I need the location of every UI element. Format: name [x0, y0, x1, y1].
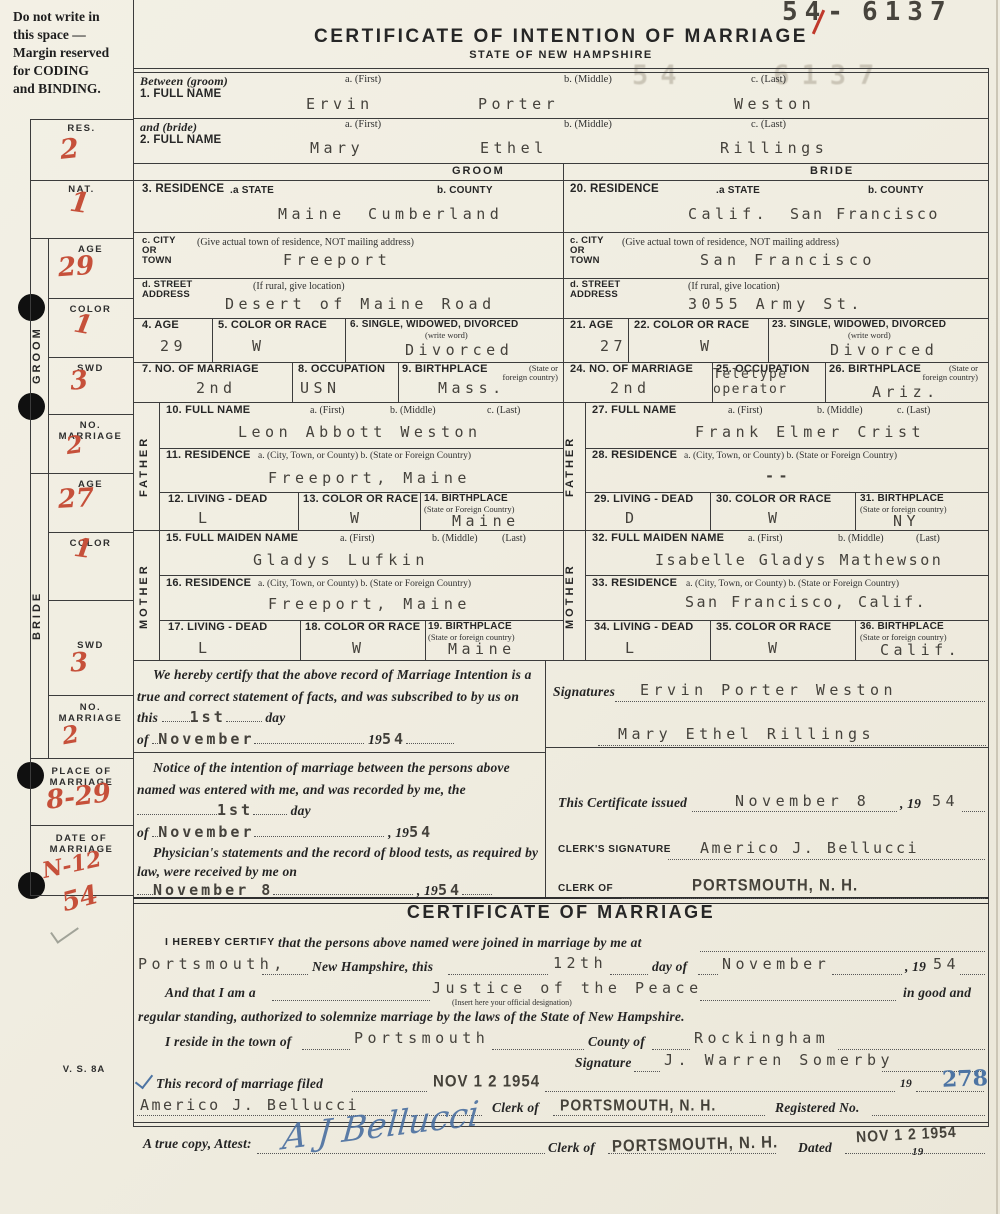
good-standing-label: in good and: [903, 985, 971, 1001]
rule: [398, 362, 399, 402]
groom-mother-residence-label: 16. RESIDENCE: [166, 578, 251, 590]
groom-occupation-value: USN: [300, 380, 341, 397]
rule: [855, 620, 856, 660]
rule: [133, 530, 988, 531]
blue-check-mark: [135, 1070, 153, 1090]
record-filed-label: This record of marriage filed: [156, 1076, 323, 1092]
bride-county-value: San Francisco: [790, 206, 940, 223]
dated-label: Dated: [798, 1140, 832, 1156]
rule: [30, 238, 133, 239]
marriage-line2-text: New Hampshire, this: [312, 959, 433, 975]
groom-swd-label: 6. SINGLE, WIDOWED, DIVORCED: [350, 320, 518, 331]
rule: [133, 752, 545, 753]
dotted-fill: [226, 708, 262, 722]
groom-father-birthplace-label: 14. BIRTHPLACE: [424, 494, 508, 505]
bride-city-value: San Francisco: [700, 252, 876, 269]
rule: [133, 180, 988, 181]
intention-day-value: 1st: [190, 708, 226, 726]
parent-residence-hint: a. (City, Town, or County) b. (State or …: [258, 579, 471, 590]
clerk-signature-label: CLERK'S SIGNATURE: [558, 845, 671, 856]
dotted-fill: [137, 801, 217, 815]
coding-res-value: 2: [58, 133, 80, 166]
bride-mother-birthplace-value: Calif.: [880, 642, 961, 659]
dotted-line: [872, 1115, 985, 1116]
state-label: .a STATE: [716, 186, 760, 197]
rule: [825, 362, 826, 402]
groom-residence-label: 3. RESIDENCE: [142, 184, 224, 196]
rule: [48, 600, 133, 601]
rural-hint: (If rural, give location): [253, 282, 345, 293]
parent-residence-hint: a. (City, Town, or County) b. (State or …: [684, 451, 897, 462]
coding-groom-age-value: 29: [57, 251, 95, 283]
rule: [768, 318, 769, 362]
bride-father-residence-value: --: [765, 468, 792, 485]
middle-hint: b. (Middle): [838, 534, 884, 545]
groom-mother-residence-value: Freeport, Maine: [268, 596, 471, 613]
gray-check-mark: [50, 918, 79, 944]
rule: [133, 0, 134, 1126]
marriage-month-value: November: [722, 956, 830, 973]
groom-occupation-label: 8. OCCUPATION: [298, 364, 385, 376]
filed-year-prefix: 19: [900, 1078, 912, 1090]
bride-father-living-value: D: [625, 510, 639, 527]
marriage-year-prefix: , 19: [905, 959, 926, 975]
registered-number-value: 278: [942, 1065, 989, 1093]
groom-mother-name-label: 15. FULL MAIDEN NAME: [166, 533, 298, 545]
last-hint: c. (Last): [487, 406, 520, 417]
file-number-right: 6137: [862, 4, 953, 21]
parent-residence-hint: a. (City, Town, or County) b. (State or …: [686, 579, 899, 590]
dotted-line: [832, 974, 902, 975]
bride-mother-residence-value: San Francisco, Calif.: [685, 594, 927, 611]
marriage-day-value: 12th: [553, 955, 607, 972]
recorded-year-value: 54: [409, 823, 433, 841]
rule: [300, 620, 301, 660]
officiant-signature-value: J. Warren Somerby: [664, 1052, 894, 1069]
bride-marriage-no-label: 24. NO. OF MARRIAGE: [570, 364, 693, 376]
dotted-line: [272, 1000, 430, 1001]
full-name-2-label: 2. FULL NAME: [140, 135, 221, 147]
bride-mother-name-value: Isabelle Gladys Mathewson: [655, 552, 943, 569]
received-year-value: 54: [438, 881, 462, 899]
dotted-line: [700, 1000, 896, 1001]
rule: [133, 118, 988, 119]
coding-groom-side-label: GROOM: [31, 292, 47, 418]
groom-city-value: Freeport: [283, 252, 391, 269]
dotted-fill: [137, 881, 153, 895]
bride-father-side-label: FATHER: [564, 420, 580, 512]
dotted-fill: [462, 881, 492, 895]
intention-paragraph-1: We hereby certify that the above record …: [137, 664, 541, 750]
groom-father-color-value: W: [350, 510, 364, 527]
dotted-line: [448, 974, 548, 975]
and-bride-label: and (bride): [140, 120, 197, 135]
groom-color-value: W: [252, 338, 266, 355]
first-hint: a. (First): [310, 406, 344, 417]
rule: [133, 660, 988, 661]
rule: [48, 695, 133, 696]
rule: [420, 492, 421, 530]
first-hint: a. (First): [748, 534, 782, 545]
county-of-label: County of: [588, 1034, 645, 1050]
coding-groom-marriage-label: NO. MARRIAGE: [48, 420, 133, 442]
bride-street-value: 3055 Army St.: [688, 296, 864, 313]
bride-birthplace-value: Ariz.: [872, 384, 940, 401]
county-label: b. COUNTY: [868, 186, 924, 197]
dotted-line: [652, 1049, 690, 1050]
bride-mother-residence-label: 33. RESIDENCE: [592, 578, 677, 590]
bride-father-living-label: 29. LIVING - DEAD: [594, 494, 693, 506]
state-label: .a STATE: [230, 186, 274, 197]
groom-age-value: 29: [160, 338, 187, 355]
groom-state-value: Maine: [278, 206, 346, 223]
groom-father-side-label: FATHER: [138, 420, 154, 512]
issued-date-value: November 8: [735, 793, 870, 810]
bride-father-color-value: W: [768, 510, 782, 527]
coding-nat-value: 1: [68, 185, 92, 220]
dotted-fill: [253, 801, 287, 815]
margin-note: Do not write in this space — Margin rese…: [13, 8, 133, 98]
filing-town-stamp: PORTSMOUTH, N. H.: [560, 1096, 716, 1114]
groom-mother-name-value: Gladys Lufkin: [253, 552, 429, 569]
bride-father-name-label: 27. FULL NAME: [592, 405, 676, 417]
street-label: d. STREET ADDRESS: [570, 280, 620, 300]
bride-column-header: BRIDE: [810, 166, 854, 178]
dotted-fill: [254, 730, 364, 744]
groom-father-residence-label: 11. RESIDENCE: [166, 450, 251, 462]
intention-year-value: 54: [382, 730, 406, 748]
clerk-of-label: CLERK OF: [558, 884, 613, 895]
dotted-line: [608, 1153, 776, 1154]
dotted-line: [692, 811, 897, 812]
dotted-fill: [273, 881, 413, 895]
rule: [133, 278, 988, 279]
rule: [710, 620, 711, 660]
bride-birthplace-label: 26. BIRTHPLACE: [829, 364, 921, 376]
rule: [585, 402, 586, 660]
bride-swd-label: 23. SINGLE, WIDOWED, DIVORCED: [772, 320, 946, 331]
dotted-line: [352, 1091, 427, 1092]
signature-label: Signature: [575, 1055, 632, 1071]
year-prefix: 19: [368, 732, 382, 747]
dotted-line: [598, 745, 986, 746]
dotted-line: [610, 974, 648, 975]
bride-swd-value: Divorced: [830, 342, 938, 359]
certificate-issued-label: This Certificate issued: [558, 795, 687, 811]
middle-hint: b. (Middle): [564, 120, 612, 131]
rule: [159, 402, 160, 660]
dotted-line: [622, 898, 985, 899]
dotted-fill: [254, 823, 384, 837]
dated-year-prefix: 19: [912, 1146, 923, 1158]
coding-bride-color-value: 1: [72, 533, 94, 565]
coding-bride-swd-label: SWD: [48, 640, 133, 651]
day-of-label: day of: [652, 959, 687, 975]
dotted-fill: [162, 708, 190, 722]
bride-middle-name: Ethel: [480, 140, 548, 157]
groom-color-label: 5. COLOR OR RACE: [218, 320, 327, 332]
rule: [30, 473, 133, 474]
bride-marriage-no-value: 2nd: [610, 380, 651, 397]
dotted-line: [960, 974, 985, 975]
city-label: c. CITY OR TOWN: [570, 236, 604, 266]
bride-occupation-value: Teletype operator: [713, 368, 788, 397]
county-label: b. COUNTY: [437, 186, 493, 197]
first-hint: a. (First): [345, 75, 381, 86]
rule: [292, 362, 293, 402]
groom-father-living-value: L: [198, 510, 212, 527]
year-prefix: , 19: [388, 825, 409, 840]
rule: [545, 660, 546, 897]
reside-town-value: Portsmouth: [354, 1030, 489, 1047]
rule: [48, 238, 49, 758]
bride-age-value: 27: [600, 338, 627, 355]
groom-birthplace-value: Mass.: [438, 380, 506, 397]
middle-hint: b. (Middle): [390, 406, 436, 417]
rule: [133, 232, 988, 233]
groom-swd-value: Divorced: [405, 342, 513, 359]
bride-last-name: Rillings: [720, 140, 828, 157]
coding-bride-swd-value: 3: [69, 647, 89, 678]
coding-groom-marriage-value: 2: [64, 429, 85, 460]
designation-value: Justice of the Peace: [432, 980, 703, 997]
dotted-line: [698, 974, 718, 975]
groom-mother-side-label: MOTHER: [138, 550, 154, 642]
blood-test-paragraph: Physician's statements and the record of…: [137, 843, 545, 900]
dotted-line: [845, 1153, 985, 1154]
marriage-line4: regular standing, authorized to solemniz…: [138, 1009, 685, 1025]
bride-mother-birthplace-label: 36. BIRTHPLACE: [860, 622, 944, 633]
dotted-line: [838, 1049, 985, 1050]
last-hint: (Last): [502, 534, 526, 545]
file-number-left: 54-: [782, 4, 850, 21]
groom-first-name: Ervin: [306, 96, 374, 113]
rule: [988, 68, 989, 1126]
issued-year-prefix: , 19: [900, 796, 921, 812]
rule: [345, 318, 346, 362]
coding-groom-swd-label: SWD: [48, 363, 133, 374]
rule: [30, 119, 133, 120]
last-hint: c. (Last): [751, 120, 786, 131]
dated-stamp: NOV 1 2 1954: [856, 1122, 958, 1145]
dotted-line: [634, 1071, 660, 1072]
groom-birthplace-label: 9. BIRTHPLACE: [402, 364, 488, 376]
groom-mother-color-label: 18. COLOR OR RACE: [305, 622, 420, 634]
groom-marriage-no-label: 7. NO. OF MARRIAGE: [142, 364, 259, 376]
groom-column-header: GROOM: [452, 166, 505, 178]
groom-mother-birthplace-value: Maine: [448, 641, 516, 658]
between-groom-label: Between (groom): [140, 74, 228, 89]
groom-marriage-no-value: 2nd: [196, 380, 237, 397]
bride-age-label: 21. AGE: [570, 320, 613, 332]
form-code: V. S. 8A: [44, 1064, 124, 1075]
rule: [298, 492, 299, 530]
registered-no-label: Registered No.: [775, 1100, 860, 1116]
rule: [212, 318, 213, 362]
bride-father-residence-label: 28. RESIDENCE: [592, 450, 677, 462]
intention-month-value: November: [158, 730, 254, 748]
of-word: of: [137, 825, 149, 840]
first-hint: a. (First): [728, 406, 762, 417]
marriage-place-value: Portsmouth,: [138, 956, 287, 973]
marriage-year-value: 54: [933, 956, 960, 973]
received-date-value: November 8: [153, 881, 273, 899]
bride-color-value: W: [700, 338, 714, 355]
designation-hint: (Insert here your official designation): [452, 998, 572, 1007]
true-copy-label: A true copy, Attest:: [143, 1136, 252, 1152]
notice-paragraph: Notice of the intention of marriage betw…: [137, 757, 541, 843]
clerk-of-word: Clerk of: [548, 1140, 595, 1156]
bride-state-value: Calif.: [688, 206, 769, 223]
rule: [133, 163, 988, 164]
rule: [48, 414, 133, 415]
rule: [710, 492, 711, 530]
rule: [48, 532, 133, 533]
middle-hint: b. (Middle): [564, 75, 612, 86]
groom-county-value: Cumberland: [368, 206, 503, 223]
dotted-fill: [406, 730, 454, 744]
bride-color-label: 22. COLOR OR RACE: [634, 320, 749, 332]
issued-year-value: 54: [932, 793, 959, 810]
marriage-line1: that the persons above named were joined…: [278, 935, 642, 951]
city-hint: (Give actual town of residence, NOT mail…: [622, 238, 839, 249]
groom-mother-color-value: W: [352, 640, 366, 657]
rule: [585, 575, 988, 576]
of-word: of: [137, 732, 149, 747]
groom-mother-birthplace-label: 19. BIRTHPLACE: [428, 622, 512, 633]
coding-place-value: 8-29: [44, 778, 112, 816]
clerk-town-stamp: PORTSMOUTH, N. H.: [692, 876, 858, 895]
street-label: d. STREET ADDRESS: [142, 280, 192, 300]
groom-last-name: Weston: [734, 96, 815, 113]
day-word: day: [291, 803, 311, 818]
paragraph-text: Physician's statements and the record of…: [137, 845, 538, 879]
rule: [425, 620, 426, 660]
bride-father-birthplace-label: 31. BIRTHPLACE: [860, 494, 944, 505]
bride-signature: Mary Ethel Rillings: [618, 726, 875, 743]
year-prefix: , 19: [417, 883, 438, 898]
scan-edge: [996, 0, 998, 1214]
coding-bride-side-label: BRIDE: [31, 552, 47, 678]
groom-middle-name: Porter: [478, 96, 559, 113]
clerk-signature-value: Americo J. Bellucci: [700, 840, 919, 857]
write-word-hint: (write word): [848, 331, 891, 340]
marriage-title: CERTIFICATE OF MARRIAGE: [133, 903, 989, 921]
clerk-of-word: Clerk of: [492, 1100, 539, 1116]
bride-first-name: Mary: [310, 140, 364, 157]
groom-father-color-label: 13. COLOR OR RACE: [303, 494, 418, 506]
rule: [30, 758, 133, 759]
dotted-line: [700, 951, 985, 952]
middle-hint: b. (Middle): [817, 406, 863, 417]
dotted-line: [668, 859, 985, 860]
last-hint: c. (Last): [751, 75, 786, 86]
bride-father-birthplace-value: NY: [893, 513, 920, 530]
bride-residence-label: 20. RESIDENCE: [570, 184, 659, 196]
bride-mother-living-label: 34. LIVING - DEAD: [594, 622, 693, 634]
bride-mother-color-value: W: [768, 640, 782, 657]
coding-groom-color-value: 1: [72, 309, 95, 342]
bride-mother-color-label: 35. COLOR OR RACE: [716, 622, 831, 634]
rule: [133, 1122, 989, 1127]
hereby-certify-label: I HEREBY CERTIFY: [165, 937, 275, 949]
state-foreign-hint: (State or foreign country): [912, 364, 978, 382]
write-word-hint: (write word): [425, 331, 468, 340]
groom-street-value: Desert of Maine Road: [225, 296, 496, 313]
i-am-a-label: And that I am a: [165, 985, 256, 1001]
dotted-line: [615, 701, 985, 702]
dotted-line: [302, 1049, 350, 1050]
groom-father-living-label: 12. LIVING - DEAD: [168, 494, 267, 506]
rule: [48, 298, 133, 299]
recorded-month-value: November: [158, 823, 254, 841]
rural-hint: (If rural, give location): [688, 282, 780, 293]
bride-father-color-label: 30. COLOR OR RACE: [716, 494, 831, 506]
signatures-label: Signatures: [553, 684, 615, 700]
dotted-line: [553, 1115, 765, 1116]
bride-mother-name-label: 32. FULL MAIDEN NAME: [592, 533, 724, 545]
first-hint: a. (First): [345, 120, 381, 131]
city-label: c. CITY OR TOWN: [142, 236, 176, 266]
recorded-day-value: 1st: [217, 801, 253, 819]
bride-father-name-value: Frank Elmer Crist: [695, 424, 925, 441]
groom-father-name-value: Leon Abbott Weston: [238, 424, 482, 441]
bride-mother-living-value: L: [625, 640, 639, 657]
rule: [30, 180, 133, 181]
filed-date-stamp: NOV 1 2 1954: [433, 1072, 540, 1091]
page-title: CERTIFICATE OF INTENTION OF MARRIAGE: [133, 27, 989, 46]
full-name-1-label: 1. FULL NAME: [140, 89, 221, 101]
parent-residence-hint: a. (City, Town, or County) b. (State or …: [258, 451, 471, 462]
bride-mother-side-label: MOTHER: [564, 550, 580, 642]
dotted-line: [492, 1049, 584, 1050]
coding-bride-age-value: 27: [57, 483, 95, 515]
middle-hint: b. (Middle): [432, 534, 478, 545]
rule: [30, 825, 133, 826]
reside-label: I reside in the town of: [165, 1034, 292, 1050]
last-hint: (Last): [916, 534, 940, 545]
rule: [133, 68, 989, 73]
groom-signature: Ervin Porter Weston: [640, 682, 897, 699]
reside-county-value: Rockingham: [694, 1030, 829, 1047]
dotted-line: [962, 811, 985, 812]
groom-father-birthplace-value: Maine: [452, 513, 520, 530]
groom-mother-living-value: L: [198, 640, 212, 657]
first-hint: a. (First): [340, 534, 374, 545]
city-hint: (Give actual town of residence, NOT mail…: [197, 238, 414, 249]
rule: [133, 402, 988, 403]
paragraph-text: Notice of the intention of marriage betw…: [137, 760, 510, 797]
day-word: day: [265, 710, 285, 725]
groom-mother-living-label: 17. LIVING - DEAD: [168, 622, 267, 634]
last-hint: c. (Last): [897, 406, 930, 417]
coding-groom-swd-value: 3: [68, 365, 89, 397]
certificate-document: Do not write in this space — Margin rese…: [0, 0, 1000, 1214]
coding-res-label: RES.: [30, 123, 133, 134]
groom-father-name-label: 10. FULL NAME: [166, 405, 250, 417]
rule: [159, 575, 563, 576]
dotted-line: [262, 974, 308, 975]
groom-age-label: 4. AGE: [142, 320, 179, 332]
rule: [545, 747, 988, 748]
groom-father-residence-value: Freeport, Maine: [268, 470, 471, 487]
dotted-line: [545, 1091, 895, 1092]
rule: [628, 318, 629, 362]
coding-date-year-value: 54: [59, 880, 102, 918]
rule: [855, 492, 856, 530]
rule: [48, 357, 133, 358]
